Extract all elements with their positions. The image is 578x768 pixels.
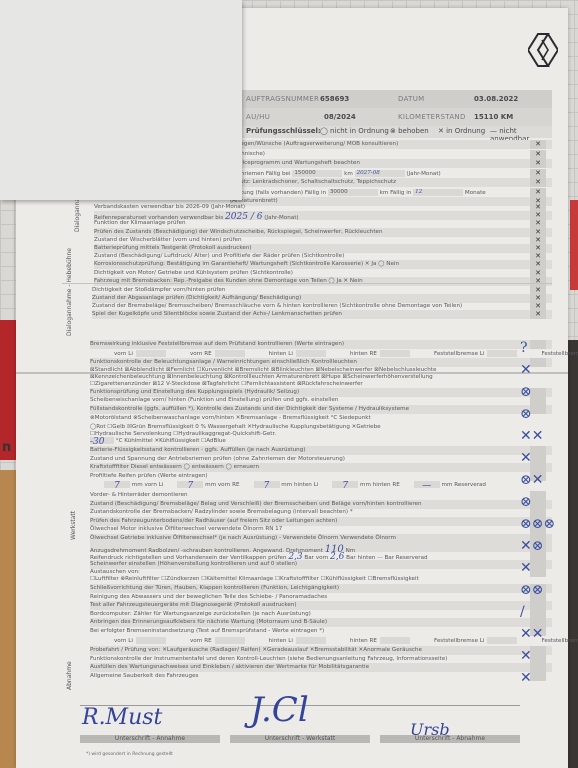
row-text: Dichtigkeit von Motor/ Getriebe und Kühl…	[94, 270, 293, 276]
check-mark-cell[interactable]: ✕	[530, 188, 546, 197]
order-number-label: AUFTRAGSNUMMER	[246, 95, 319, 103]
handwritten-mark: ✕⊗	[520, 538, 543, 554]
row-text: Prüfen des Zustands (Beschädigung) der W…	[94, 229, 383, 235]
handwritten-mark: ✕	[520, 648, 532, 664]
section-label-werkstatt: Werkstatt	[70, 511, 77, 540]
brake-test-row: Bremswirkung inklusive Feststellbremse a…	[90, 340, 552, 349]
check-mark-cell[interactable]: ✕	[530, 169, 546, 178]
check-mark-cell[interactable]: ✕	[530, 150, 546, 159]
section-label-abnahme: Abnahme	[66, 661, 73, 690]
row-text: Funktionskontrolle der Instrumententafel…	[90, 656, 447, 662]
row-text: Batterie-Flüssigkeitsstand kontrollieren…	[90, 447, 305, 453]
dialog-top-row: Zahnriemen Fällig bei 150000 km 2027-08 …	[230, 169, 552, 178]
handwritten-mark: ⊗⊗	[520, 582, 543, 598]
dialog-top-row: (Technische)✕	[230, 150, 552, 159]
dialog-top-row: Wartung (falls vorhanden) Fällig in 3000…	[230, 188, 552, 197]
row-text: -30 °C Kühlmittel ✕Kühlflüssigkeit ☐AdBl…	[90, 437, 226, 444]
row-text: Ölwechsel Getriebe inklusive Ölfilterwec…	[90, 535, 396, 541]
row-text: Schließvorrichtung der Türen, Hauben, Kl…	[90, 585, 339, 591]
row-text: Zustand (Beschädigung/ Luftdruck/ Alter)…	[94, 253, 344, 259]
signature-label-annahme: Unterschrift - Annahme	[80, 735, 220, 743]
row-text: Zustand der Abgasanlage prüfen (Dichtigk…	[92, 295, 301, 301]
row-text: Zustandskontrolle der Bremsbacken/ Radzy…	[90, 509, 353, 515]
row-text: Korrosionsschutzprüfung: Bestätigung im …	[94, 261, 399, 267]
mileage-value: 15110 KM	[474, 113, 513, 121]
row-text: vorn Livorn REhinten Lihinten REFeststel…	[90, 350, 578, 357]
row-text: ☐Luftfilter ⊗Reinluftfilter ☐Zündkerzen …	[90, 576, 419, 582]
blank-paper-overlay	[0, 0, 242, 200]
row-text: Funktion der Klimaanlage prüfen	[94, 220, 186, 226]
row-text: Zustand und Spannung der Antriebsriemen …	[90, 456, 345, 462]
au-hu-label: AU/HU	[246, 113, 270, 121]
row-text: Allgemeine Sauberkeit des Fahrzeuges	[90, 673, 198, 679]
test-drive-row: Probefahrt / Prüfung von: ✕Laufgeräusche…	[90, 646, 552, 655]
check-mark-cell[interactable]	[530, 340, 546, 349]
dialog-top-row: Serviceprogramm und Wartungsheft beachte…	[230, 159, 552, 168]
date-value: 03.08.2022	[474, 95, 518, 103]
row-text: Bremswirkung inklusive Feststellbremse a…	[90, 341, 344, 347]
check-mark-cell[interactable]	[530, 646, 546, 655]
row-text: Reinigung des Abwassers und der beweglic…	[90, 594, 327, 600]
handwritten-mark: ⊗	[520, 406, 532, 422]
row-text: vorn Livorn REhinten Lihinten REFeststel…	[90, 637, 578, 644]
row-text: Scheibenwischanlage vorn/ hinten (Funkti…	[90, 397, 338, 403]
signature-label-werkstatt: Unterschrift - Werkstatt	[230, 735, 370, 743]
signature-label-abnahme: Unterschrift - Abnahme	[380, 735, 520, 743]
handwritten-mark: ✕✕	[520, 626, 543, 642]
renault-logo-icon	[528, 30, 558, 70]
row-text: Wartung (falls vorhanden) Fällig in 3000…	[230, 189, 486, 196]
row-text: Test aller Fahrzeugsteuergeräte mit Diag…	[90, 602, 297, 608]
row-text: Anliegen/Wünsche (Auftragserweiterung/ M…	[230, 141, 398, 147]
row-text: Anbringen des Erinnerungsaufklebers für …	[90, 619, 327, 625]
signature-annahme: R.Must	[82, 705, 162, 730]
row-text: Probefahrt / Prüfung von: ✕Laufgeräusche…	[90, 647, 422, 653]
fluids-line: ⊗Motorölstand ⊗Scheibenwaschanlage vorn/…	[90, 414, 552, 423]
check-key-legend: Prüfungsschlüssel: ◯ nicht in Ordnung ⊗ …	[200, 126, 552, 138]
brake-values-row-2: vorn Livorn REhinten Lihinten REFeststel…	[90, 636, 552, 645]
acceptance-row: Allgemeine Sauberkeit des Fahrzeuges	[90, 672, 552, 681]
handwritten-mark: ⊗⊗⊗	[520, 516, 555, 532]
row-text: Kraftstofffilter Diesel entwässern ◯ ent…	[90, 464, 259, 470]
row-text: Funktionskontrolle der Beleuchtungsanlag…	[90, 359, 357, 365]
date-label: DATUM	[398, 95, 424, 103]
row-text: Scheinwerfer einstellen (Höhenverstellun…	[90, 561, 297, 567]
row-text: Zustand der Wischerblätter (vorn und hin…	[94, 237, 242, 243]
legend-title: Prüfungsschlüssel:	[246, 127, 321, 135]
handwritten-mark: ✕	[520, 362, 532, 378]
wiper-row: Scheibenwischanlage vorn/ hinten (Funkti…	[90, 396, 552, 405]
row-text: 7 mm vorn Li7 mm vorn RE7 mm hinten Li7 …	[90, 481, 486, 488]
row-text: Schutz: Lenkradschoner, Schaltschaltschu…	[230, 179, 396, 185]
check-mark-cell[interactable]: ✕	[530, 310, 546, 319]
row-text: Bei erfolgter Bremseninstandsetzung (Tes…	[90, 628, 324, 634]
row-text: Zahnriemen Fällig bei 150000 km 2027-08 …	[230, 170, 441, 177]
dialog-top-row: Schutz: Lenkradschoner, Schaltschaltschu…	[230, 178, 552, 187]
coolant-line: -30 °C Kühlmittel ✕Kühlflüssigkeit ☐AdBl…	[90, 436, 552, 445]
handwritten-mark: ✕✕	[520, 428, 543, 444]
check-mark-cell[interactable]: ✕	[530, 140, 546, 149]
handwritten-mark: ✕	[520, 560, 532, 576]
row-text: Ölwechsel Motor inklusive Ölfilterwechse…	[90, 526, 282, 532]
section-divider	[62, 283, 552, 284]
row-text: Funktionsprüfung und Einstellung des Kup…	[90, 389, 299, 395]
legend-ok: ✕ in Ordnung	[438, 127, 485, 135]
check-mark-cell[interactable]	[530, 672, 546, 681]
row-text: ⊗Motorölstand ⊗Scheibenwaschanlage vorn/…	[90, 415, 371, 421]
row-text: Vorder- & Hinterräder demontieren	[90, 492, 188, 498]
row-text: Verbandskasten verwendbar bis 2026-09 (J…	[94, 204, 245, 210]
row-text: Zustand (Beschädigung/ Bremsbeläge/ Bela…	[90, 501, 422, 507]
row-text: Dichtigkeit der Stoßdämpfer vorn/hinten …	[92, 287, 225, 293]
row-text: Batterieprüfung mittels Testgerät (Proto…	[94, 245, 252, 251]
mileage-label: KILOMETERSTAND	[398, 113, 466, 121]
check-mark-cell[interactable]	[530, 405, 546, 414]
order-header: AUFTRAGSNUMMER 658693 DATUM 03.08.2022 A…	[242, 90, 552, 126]
row-text: Spiel der Kugelköpfe und Silentblöcke so…	[92, 311, 342, 317]
handwritten-mark: ?	[520, 340, 528, 356]
check-mark-cell[interactable]: ✕	[530, 178, 546, 187]
dialog-row: Fahrzeug mit Bremsbacken: Rep.-Freigabe …	[94, 277, 552, 286]
handwritten-mark: ✕	[520, 450, 532, 466]
legend-not-ok: ◯ nicht in Ordnung	[320, 127, 389, 135]
row-text: Zustand der Bremsbeläge/ Bremsscheiben/ …	[92, 303, 462, 309]
brake-values-row: vorn Livorn REhinten Lihinten REFeststel…	[90, 349, 552, 358]
row-text: Serviceprogramm und Wartungsheft beachte…	[230, 160, 360, 166]
fluid-level-row: Füllstandskontrolle (ggfs. auffüllen *),…	[90, 405, 552, 414]
background-red-edge	[570, 200, 578, 290]
section-label-hebebuehne: Dialogannahme - Hebebühne	[66, 276, 73, 336]
check-mark-cell[interactable]: ✕	[530, 159, 546, 168]
row-text: Profiltiefe Reifen prüfen (Werte eintrag…	[90, 473, 208, 479]
legend-fixed: ⊗ behoben	[390, 127, 429, 135]
handwritten-mark: ⊗✕	[520, 472, 543, 488]
row-text: ☐Zigarettenanzünder ⊠12 V-Steckdose ⊠Tag…	[90, 381, 363, 387]
check-mark-cell[interactable]	[530, 396, 546, 405]
handwritten-mark: ⊗	[520, 494, 532, 510]
au-hu-value: 08/2024	[324, 113, 356, 121]
handwritten-mark: ⊗	[520, 384, 532, 400]
footnote: *) wird gesondert in Rechnung gestellt	[86, 752, 173, 757]
hebebuehne-row: Spiel der Kugelköpfe und Silentblöcke so…	[92, 310, 552, 319]
handwritten-mark: /	[520, 604, 525, 620]
row-text: Prüfen des Fahrzeugunterbodens/der Radhä…	[90, 518, 337, 524]
dialog-top-row: Anliegen/Wünsche (Auftragserweiterung/ M…	[230, 140, 552, 149]
tread-depth-row: 7 mm vorn Li7 mm vorn RE7 mm hinten Li7 …	[90, 480, 552, 489]
check-mark-cell[interactable]: ✕	[530, 277, 546, 286]
row-text: Ausfüllen des Wartungsnachweises und Ein…	[90, 664, 369, 670]
order-number: 658693	[320, 95, 349, 103]
signature-werkstatt: J.Cl	[250, 690, 309, 730]
row-text: Füllstandskontrolle (ggfs. auffüllen *),…	[90, 406, 409, 412]
handwritten-mark: ✕	[520, 670, 532, 686]
row-text: Bordcomputer: Zähler für Wartungsanzeige…	[90, 611, 311, 617]
